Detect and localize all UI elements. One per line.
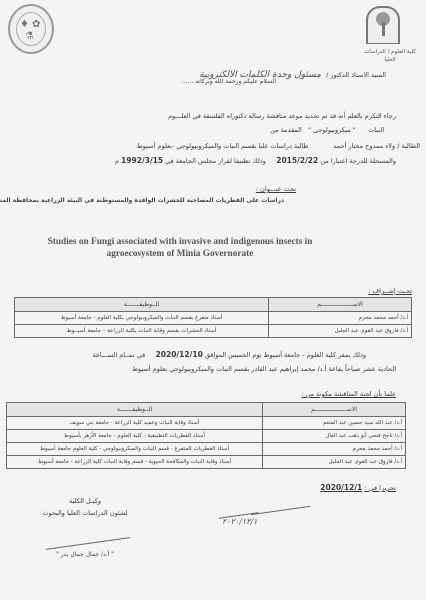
title-heading: تحت عنـــوان :	[256, 185, 296, 193]
col-name: الاســــــــــــــــــم	[269, 298, 412, 312]
supervision-table: الاســــــــــــــــــم الــوظيفـــــــة…	[14, 297, 412, 338]
arabic-thesis-title: دراسات على الفطريات المصاحبة للحشرات الو…	[0, 197, 284, 204]
defense-date: 2020/12/10	[156, 350, 203, 359]
col-name: الاســــــــــــــــــم	[263, 403, 406, 417]
table-header-row: الاســــــــــــــــــم الــوظيفـــــــة	[15, 298, 412, 312]
committee-heading: علما بأن لجنة المناقشة مكونة من :	[301, 390, 396, 398]
schedule-line-1: وذلك بمقر كلية العلوم - جامعة أسيوط يوم …	[93, 350, 366, 359]
table-header-row: الاســــــــــــــــــم الــوظيفـــــــة	[7, 403, 406, 417]
faculty-seal-logo: ♦ ✿ ⚗	[8, 4, 54, 54]
student-name: ولاء ممدوح مختار أحمد	[333, 142, 395, 150]
committee-table: الاســــــــــــــــــم الــوظيفـــــــة…	[6, 402, 406, 469]
table-row: أ.د/ أحمد محمد محرم أستاذ متفرغ بقسم الن…	[15, 312, 412, 325]
registration-date: 2015/2/22	[276, 156, 318, 165]
table-row: أ.د/ عبد الله سيد حسين عبد المنعم أستاذ …	[7, 417, 406, 430]
table-row: أ.د/ أحمد محمد محرم أستاذ الفطريات المتف…	[7, 443, 406, 456]
schedule-line-2: الحادية عشر صباحاً بقاعة أ.د/ محمد إبراه…	[132, 365, 396, 373]
diamond-icon: ♦	[20, 19, 29, 30]
university-logo	[366, 6, 400, 44]
greeting: السلام عليكم ورحمة الله وبركاته ......	[182, 78, 276, 85]
signatory-block: وكيـل الكلية لشئون الدراسات العليا والبح…	[20, 495, 150, 519]
body-line-1: رجاء التكرم بالعلم أنه قد تم تحديد موعد …	[168, 112, 396, 120]
student-line: الطالبة / ولاء ممدوح مختار أحمد طالبة در…	[10, 142, 420, 150]
col-position: الــوظيفـــــــة	[7, 403, 263, 417]
dated-line: تحريرا في : 2020/12/1	[320, 483, 396, 492]
signature-stroke	[45, 529, 130, 550]
signatory-office: لشئون الدراسات العليا والبحوث	[20, 507, 150, 519]
table-row: أ.د/ فاروق عبد القوى عبد الجليل أستاذ ال…	[15, 325, 412, 338]
signature-stroke	[250, 496, 311, 515]
handwritten-date: ٢٠٢٠/١٢/١	[222, 517, 257, 526]
col-position: الــوظيفـــــــة	[15, 298, 269, 312]
table-row: أ.د/ تاجح فتحي أبو ذهب عبد العال أستاذ ا…	[7, 430, 406, 443]
english-thesis-title: Studies on Fungi associated with invasiv…	[10, 236, 350, 260]
student-label: الطالبة /	[397, 142, 420, 150]
atom-icon: ✿	[32, 19, 40, 30]
signatory-name: " أ.د/ جمال جمال بدر "	[20, 551, 150, 558]
council-date: 1992/3/15	[121, 156, 163, 165]
signatory-title: وكيـل الكلية	[20, 495, 150, 507]
table-row: أ.د/ فاروق عبد القوى عبد الجليل أستاذ وق…	[7, 456, 406, 469]
registration-line: والمسجلة للدرجة اعتبارا من 2015/2/22 وذل…	[16, 156, 396, 165]
letter-date: 2020/12/1	[320, 483, 362, 492]
student-desc: طالبة دراسات عليا بقسم النبات والميكروبي…	[137, 142, 309, 150]
letter-page: ♦ ✿ ⚗ كلية العلوم / الدراسات العليا السي…	[0, 0, 426, 600]
body-line-2: النبات " ميكروبيولوجي " المقدمة من	[270, 126, 384, 134]
microscope-icon: ⚗	[25, 31, 34, 42]
supervision-heading: تحـت إشــراف :	[368, 287, 412, 295]
